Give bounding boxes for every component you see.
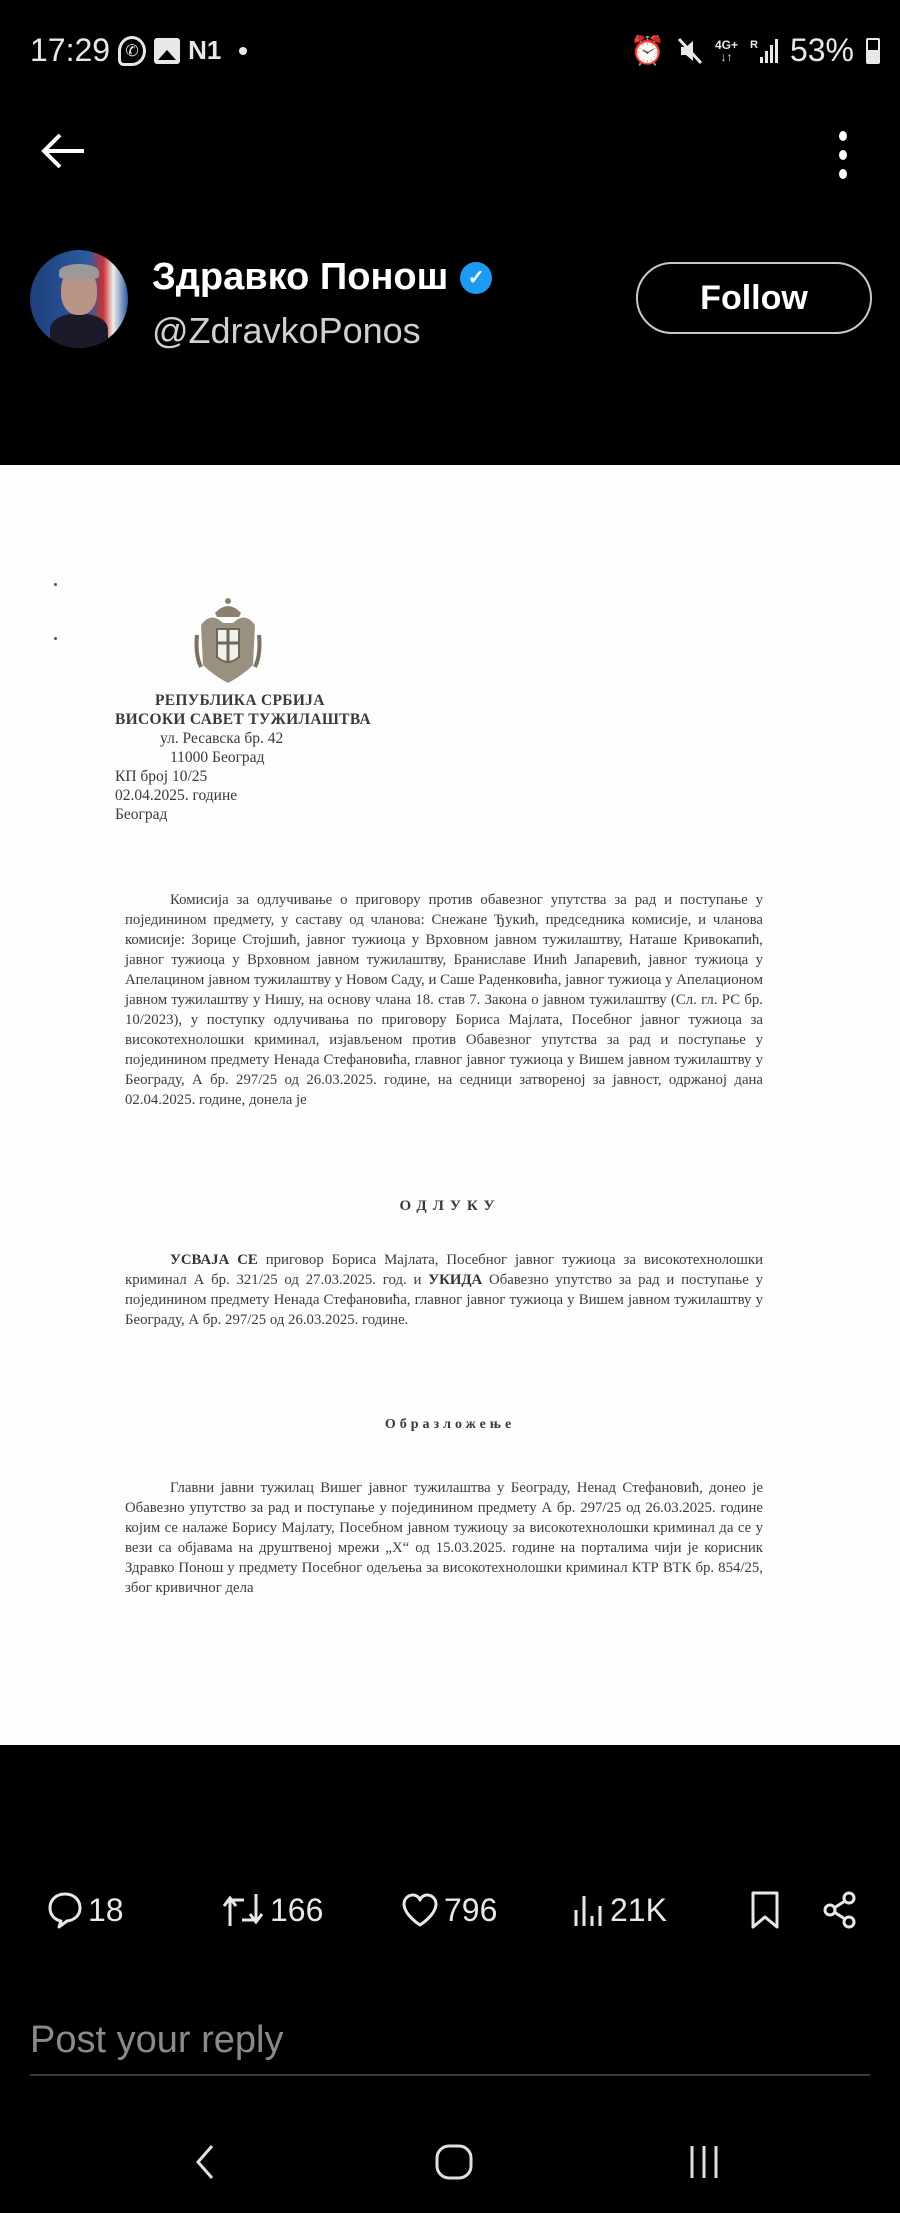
roaming-label: R — [750, 39, 758, 51]
like-count: 796 — [444, 1892, 497, 1929]
like-action-button[interactable]: 796 — [400, 1878, 497, 1942]
repost-action-button[interactable]: 166 — [220, 1878, 323, 1942]
intro-text: Комисија за одлучивање о приговору проти… — [125, 890, 763, 1110]
roaming-signal-icon: R — [750, 39, 778, 63]
nav-recents-button[interactable] — [684, 2140, 724, 2184]
share-action-button[interactable] — [820, 1878, 860, 1942]
views-chart-icon — [572, 1890, 606, 1930]
reply-composer — [30, 2010, 870, 2076]
status-bar: 17:29 ✆ N1 ⏰ 4G+↓↑ R 53% — [0, 0, 900, 100]
document-place: Београд — [115, 805, 371, 824]
document-letterhead: РЕПУБЛИКА СРБИЈА ВИСОКИ САВЕТ ТУЖИЛАШТВА… — [115, 691, 371, 824]
share-icon — [820, 1890, 860, 1930]
decision-title: ОДЛУКУ — [0, 1198, 900, 1215]
reply-input[interactable] — [30, 2010, 870, 2070]
decision-annulled: УКИДА — [428, 1272, 482, 1288]
clock: 17:29 — [30, 32, 110, 69]
repost-count: 166 — [270, 1892, 323, 1929]
battery-fill — [868, 50, 878, 62]
avatar-hair — [59, 264, 98, 280]
reply-count: 18 — [88, 1892, 124, 1929]
decision-text: УСВАЈА СЕ приговор Бориса Мајлата, Посеб… — [125, 1250, 763, 1330]
user-handle[interactable]: @ZdravkoPonos — [152, 310, 421, 352]
scan-mark — [54, 583, 57, 586]
avatar-suit — [50, 314, 109, 348]
battery-percent: 53% — [790, 32, 854, 69]
mute-icon — [677, 37, 703, 65]
status-bar-left: 17:29 ✆ N1 — [30, 32, 247, 69]
avatar[interactable] — [30, 250, 128, 348]
gallery-icon — [154, 38, 180, 64]
more-notifications-dot — [239, 47, 247, 55]
battery-icon — [866, 38, 880, 64]
status-bar-right: ⏰ 4G+↓↑ R 53% — [630, 32, 880, 69]
reply-action-button[interactable]: 18 — [46, 1878, 124, 1942]
comment-icon — [46, 1890, 84, 1930]
back-nav-icon — [194, 2142, 216, 2182]
views-action-button[interactable]: 21K — [572, 1878, 667, 1942]
post-actions: 18 166 796 21K — [0, 1878, 900, 1942]
more-options-button[interactable] — [831, 125, 855, 185]
more-vertical-icon — [839, 150, 847, 160]
4g-plus-icon: 4G+↓↑ — [715, 39, 738, 63]
follow-button[interactable]: Follow — [636, 262, 872, 334]
decision-adopted: УСВАЈА СЕ — [170, 1252, 258, 1268]
android-nav-bar — [0, 2110, 900, 2210]
repost-icon — [220, 1890, 266, 1930]
n1-app-icon: N1 — [188, 35, 221, 66]
bookmark-action-button[interactable] — [748, 1878, 782, 1942]
back-button[interactable] — [40, 130, 100, 180]
viber-icon: ✆ — [118, 36, 146, 66]
alarm-icon: ⏰ — [630, 34, 665, 67]
nav-home-button[interactable] — [434, 2140, 474, 2184]
post-author: Здравко Понош ✓ @ZdravkoPonos Follow — [0, 250, 900, 360]
heart-icon — [400, 1891, 440, 1929]
reasoning-title: Образложење — [0, 1417, 900, 1433]
letterhead-council: ВИСОКИ САВЕТ ТУЖИЛАШТВА — [115, 710, 371, 729]
reasoning-text: Главни јавни тужилац Вишег јавног тужила… — [125, 1478, 763, 1598]
home-nav-icon — [434, 2142, 474, 2182]
display-name[interactable]: Здравко Понош — [152, 256, 448, 299]
more-vertical-icon — [839, 131, 847, 141]
intro-paragraph: Комисија за одлучивање о приговору проти… — [125, 890, 763, 1110]
letterhead-city: 11000 Београд — [115, 748, 371, 767]
reasoning-paragraph: Главни јавни тужилац Вишег јавног тужила… — [125, 1478, 763, 1598]
name-row: Здравко Понош ✓ — [152, 256, 492, 299]
scan-mark — [54, 637, 57, 640]
recents-nav-icon — [684, 2142, 724, 2182]
post-image-document[interactable]: РЕПУБЛИКА СРБИЈА ВИСОКИ САВЕТ ТУЖИЛАШТВА… — [0, 465, 900, 1745]
serbian-coat-of-arms-icon — [193, 595, 263, 690]
nav-back-button[interactable] — [190, 2140, 220, 2184]
views-count: 21K — [610, 1892, 667, 1929]
app-bar — [0, 110, 900, 200]
more-vertical-icon — [839, 169, 847, 179]
letterhead-republic: РЕПУБЛИКА СРБИЈА — [115, 691, 371, 710]
document-date: 02.04.2025. године — [115, 786, 371, 805]
bookmark-icon — [748, 1889, 782, 1931]
letterhead-address: ул. Ресавска бр. 42 — [115, 729, 371, 748]
network-type-label: 4G+ — [715, 38, 738, 52]
decision-paragraph: УСВАЈА СЕ приговор Бориса Мајлата, Посеб… — [125, 1250, 763, 1330]
arrow-left-icon — [40, 131, 86, 171]
verified-badge-icon: ✓ — [460, 262, 492, 294]
case-number: КП број 10/25 — [115, 767, 371, 786]
